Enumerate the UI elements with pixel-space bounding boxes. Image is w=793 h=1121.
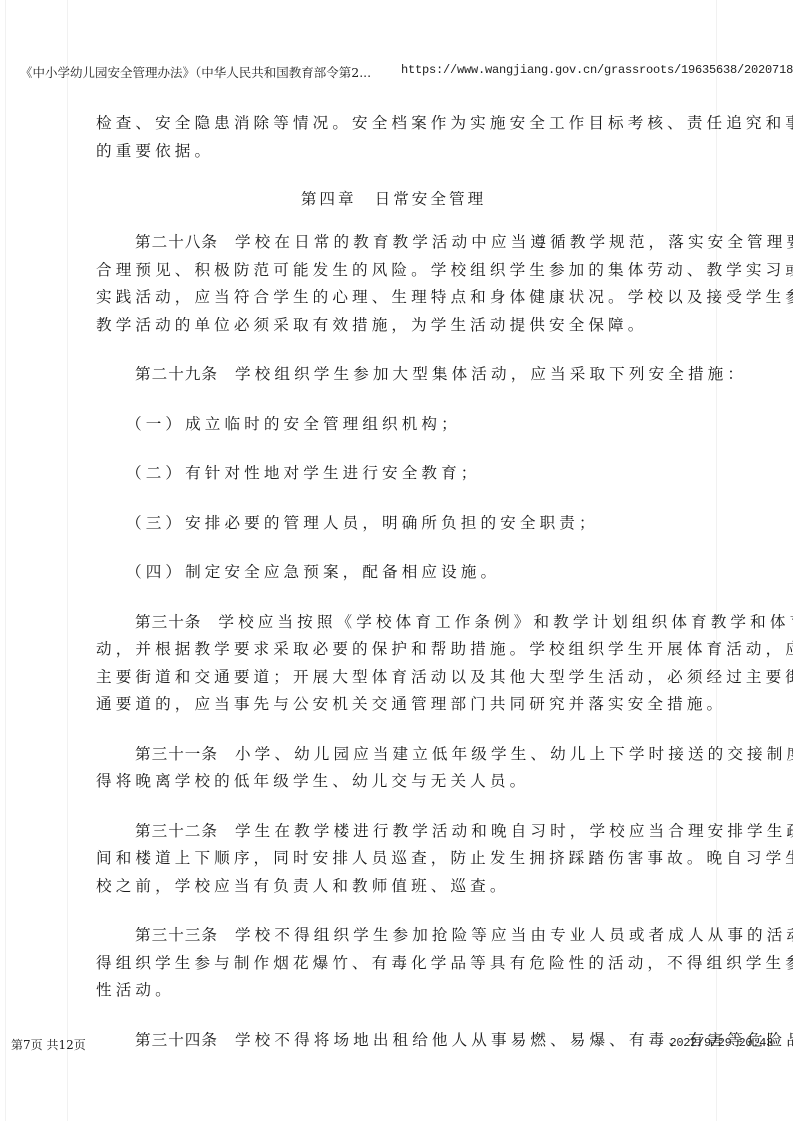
chapter-number: 第四章 bbox=[301, 190, 357, 208]
text-line: 学校不得组织学生参加抢险等应当由专业人员或者成人从事的活动，不 bbox=[235, 926, 793, 944]
text-line: 的重要依据。 bbox=[96, 138, 696, 166]
article-30: 第三十条学校应当按照《学校体育工作条例》和教学计划组织体育教学和体育活 动，并根… bbox=[96, 609, 696, 719]
text-line: 性活动。 bbox=[96, 977, 696, 1005]
list-item: （一）成立临时的安全管理组织机构； bbox=[96, 411, 696, 439]
print-header-title: 《中小学幼儿园安全管理办法》（中华人民共和国教育部令第2... bbox=[20, 63, 371, 81]
list-item: （三）安排必要的管理人员，明确所负担的安全职责； bbox=[96, 510, 696, 538]
article-33: 第三十三条学校不得组织学生参加抢险等应当由专业人员或者成人从事的活动，不 得组织… bbox=[96, 922, 696, 1005]
text-line: 实践活动，应当符合学生的心理、生理特点和身体健康状况。学校以及接受学生参加教育 bbox=[96, 284, 696, 312]
article-number: 第二十九条 bbox=[135, 365, 218, 383]
list-item: （二）有针对性地对学生进行安全教育； bbox=[96, 460, 696, 488]
text-line: 教学活动的单位必须采取有效措施，为学生活动提供安全保障。 bbox=[96, 312, 696, 340]
scan-edge-left bbox=[5, 0, 6, 1121]
article-number: 第三十一条 bbox=[135, 745, 218, 763]
text-line: 学校应当按照《学校体育工作条例》和教学计划组织体育教学和体育活 bbox=[218, 613, 793, 631]
text-line: 通要道的，应当事先与公安机关交通管理部门共同研究并落实安全措施。 bbox=[96, 691, 696, 719]
scan-edge-mid-left bbox=[67, 0, 68, 1121]
article-number: 第三十条 bbox=[135, 613, 201, 631]
page-indicator: 第7页 共12页 bbox=[11, 1036, 86, 1053]
article-number: 第三十二条 bbox=[135, 822, 218, 840]
text-line: 检查、安全隐患消除等情况。安全档案作为实施安全工作目标考核、责任追究和事故处理 bbox=[96, 110, 696, 138]
text-line: 学校组织学生参加大型集体活动，应当采取下列安全措施： bbox=[235, 365, 747, 383]
article-28: 第二十八条学校在日常的教育教学活动中应当遵循教学规范，落实安全管理要求， 合理预… bbox=[96, 229, 696, 339]
document-page: 检查、安全隐患消除等情况。安全档案作为实施安全工作目标考核、责任追究和事故处理 … bbox=[96, 110, 696, 1054]
text-line: 得组织学生参与制作烟花爆竹、有毒化学品等具有危险性的活动，不得组织学生参加商业 bbox=[96, 950, 696, 978]
text-line: 得将晚离学校的低年级学生、幼儿交与无关人员。 bbox=[96, 768, 696, 796]
article-31: 第三十一条小学、幼儿园应当建立低年级学生、幼儿上下学时接送的交接制度，不 得将晚… bbox=[96, 741, 696, 796]
text-line: 学生在教学楼进行教学活动和晚自习时，学校应当合理安排学生疏散时 bbox=[235, 822, 793, 840]
text-line: 合理预见、积极防范可能发生的风险。学校组织学生参加的集体劳动、教学实习或者社会 bbox=[96, 257, 696, 285]
article-34: 第三十四条学校不得将场地出租给他人从事易燃、易爆、有毒、有害等危险品的生 bbox=[96, 1027, 696, 1055]
text-line: 学校在日常的教育教学活动中应当遵循教学规范，落实安全管理要求， bbox=[235, 233, 793, 251]
article-number: 第三十三条 bbox=[135, 926, 218, 944]
list-item: （四）制定安全应急预案，配备相应设施。 bbox=[96, 559, 696, 587]
text-line: 主要街道和交通要道；开展大型体育活动以及其他大型学生活动，必须经过主要街道和交 bbox=[96, 664, 696, 692]
text-line: 校之前，学校应当有负责人和教师值班、巡查。 bbox=[96, 873, 696, 901]
scan-edge-right bbox=[716, 0, 717, 1121]
continuation-paragraph: 检查、安全隐患消除等情况。安全档案作为实施安全工作目标考核、责任追究和事故处理 … bbox=[96, 110, 696, 165]
text-line: 小学、幼儿园应当建立低年级学生、幼儿上下学时接送的交接制度，不 bbox=[235, 745, 793, 763]
print-header-url: https://www.wangjiang.gov.cn/grassroots/… bbox=[401, 63, 793, 77]
article-number: 第二十八条 bbox=[135, 233, 218, 251]
text-line: 间和楼道上下顺序，同时安排人员巡查，防止发生拥挤踩踏伤害事故。晚自习学生没有离 bbox=[96, 845, 696, 873]
chapter-title: 日常安全管理 bbox=[375, 190, 487, 208]
chapter-heading: 第四章日常安全管理 bbox=[96, 187, 696, 209]
article-32: 第三十二条学生在教学楼进行教学活动和晚自习时，学校应当合理安排学生疏散时 间和楼… bbox=[96, 818, 696, 901]
text-line: 动，并根据教学要求采取必要的保护和帮助措施。学校组织学生开展体育活动，应当避开 bbox=[96, 636, 696, 664]
article-number: 第三十四条 bbox=[135, 1031, 218, 1049]
print-timestamp: 2022/9/29 20:43 bbox=[669, 1036, 773, 1050]
article-29: 第二十九条学校组织学生参加大型集体活动，应当采取下列安全措施： bbox=[96, 361, 696, 389]
